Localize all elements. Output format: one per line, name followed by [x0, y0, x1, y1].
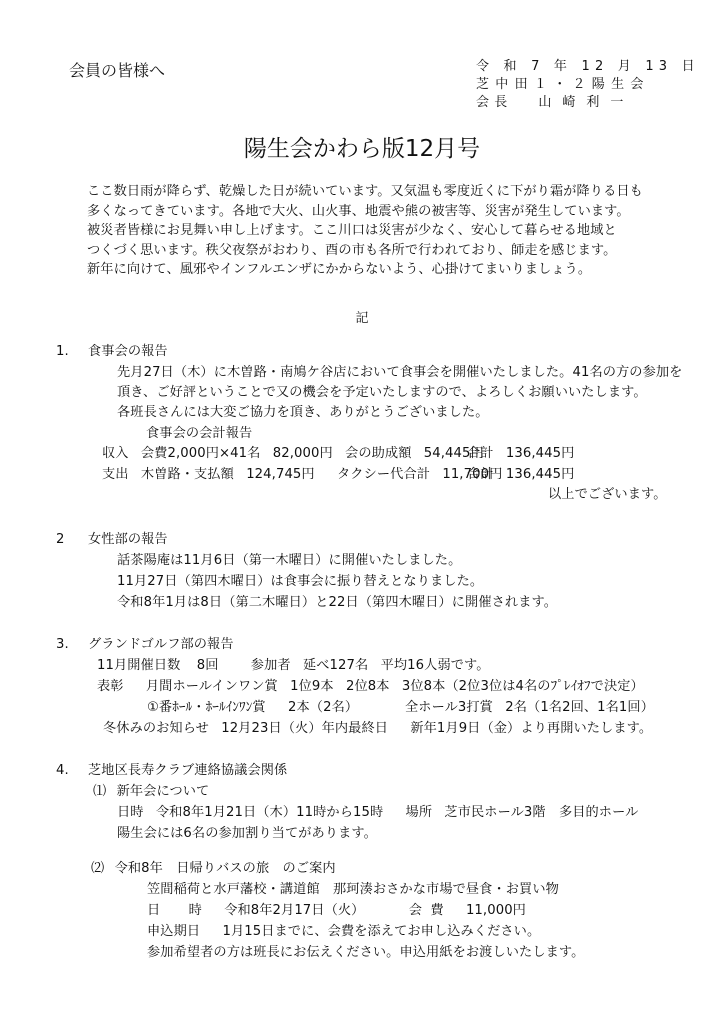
- expense-total-label: 合計: [467, 467, 494, 482]
- intro-line: 多くなってきています。各地で大火、山火事、地震や熊の被害等、災害が発生しています…: [87, 203, 643, 223]
- subsidy-label: 会の助成額: [345, 446, 411, 461]
- golf-stats-row: 11月開催日数 8回 参加者 延べ127名 平均16人弱です。: [97, 657, 490, 675]
- hole1-award-label: ①番ﾎｰﾙ・ﾎｰﾙｲﾝﾜﾝ賞: [147, 700, 266, 715]
- intro-line: ここ数日雨が降らず、乾燥した日が続いています。又気温も零度近くに下がり霜が降りる…: [87, 183, 643, 203]
- bus-fee-value: 11,000円: [466, 903, 526, 918]
- income-label: 収入: [102, 446, 129, 461]
- section-3-heading: グランドゴルフ部の報告: [88, 636, 234, 654]
- newyear-datetime-row: 日時 令和8年1月21日（木）11時から15時 場所 芝市民ホール3階 多目的ホ…: [117, 804, 638, 822]
- expense-row: 支出 木曽路・支払額 124,745円 タクシー代合計 11,700円: [102, 466, 502, 484]
- award-third: 3位8本（2位3位は4名のﾌﾟﾚｲｵﾌで決定）: [402, 679, 644, 694]
- taxi-label: タクシー代合計: [337, 467, 430, 482]
- section-1-line: 頂き、ご好評ということで又の機会を予定いたしますので、よろしくお願いいたします。: [117, 384, 647, 402]
- days-value: 8回: [197, 658, 219, 673]
- award-first: 1位9本: [290, 679, 334, 694]
- bus-trip-route: 笠間稲荷と水戸藩校・講道館 那珂湊おさかな市場で昼食・お買い物: [147, 881, 559, 899]
- restaurant-label: 木曽路・支払額: [141, 467, 234, 482]
- bus-date-label-1: 日: [147, 903, 160, 918]
- subsection-2-number: ⑵: [91, 861, 104, 876]
- section-2-line: 11月27日（第四木曜日）は食事会に振り替えとなりました。: [117, 573, 483, 591]
- all3-award-label: 全ホール3打賞: [405, 700, 493, 715]
- newyear-place-label: 場所: [406, 805, 433, 820]
- average-value: 平均16人弱です。: [381, 658, 490, 673]
- section-1-number: 1.: [56, 343, 69, 361]
- date-part: 12: [581, 59, 608, 74]
- intro-line: つくづく思います。秩父夜祭がおわり、酉の市も各所で行われており、師走を感じます。: [87, 242, 643, 262]
- income-total-value: 136,445円: [506, 446, 575, 461]
- bus-trip-date-row: 日 時 令和8年2月17日（火） 会 費 11,000円: [147, 902, 526, 920]
- section-4-heading: 芝地区長寿クラブ連絡協議会関係: [88, 762, 287, 780]
- president-name: 山崎利一: [538, 95, 634, 110]
- date-part: 13: [645, 59, 672, 74]
- participants-label: 参加者: [251, 658, 291, 673]
- newyear-note: 陽生会には6名の参加割り当てがあります。: [117, 825, 377, 843]
- subsection-1-number: ⑴: [93, 784, 106, 799]
- subsection-1-heading: 新年会について: [117, 784, 210, 799]
- expense-total-value: 136,445円: [506, 467, 575, 482]
- newyear-place-value: 芝市民ホール3階 多目的ホール: [444, 805, 638, 820]
- intro-line: 新年に向けて、風邪やインフルエンザにかからないよう、心掛けてまいりましょう。: [87, 261, 643, 281]
- president-role: 会長: [476, 95, 512, 110]
- date-part: 日: [682, 59, 700, 74]
- intro-line: 被災者皆様にお見舞い申し上げます。ここ川口は災害が少なく、安心して暮らせる地域と: [87, 222, 643, 242]
- bus-fee-label-2: 費: [430, 903, 443, 918]
- income-total-label: 合計: [467, 446, 494, 461]
- awards-label: 表彰: [97, 679, 124, 694]
- bus-deadline-value: 1月15日までに、会費を添えてお申し込みください。: [222, 924, 540, 939]
- restaurant-amount: 124,745円: [246, 467, 315, 482]
- awards-row: 表彰 月間ホールインワン賞 1位9本 2位8本 3位8本（2位3位は4名のﾌﾟﾚ…: [97, 678, 644, 696]
- bus-date-value: 令和8年2月17日（火）: [224, 903, 364, 918]
- section-2-number: 2: [56, 531, 65, 549]
- section-2-line: 話茶陽庵は11月6日（第一木曜日）に開催いたしました。: [117, 552, 461, 570]
- bus-trip-note: 参加希望者の方は班長にお伝えください。申込用紙をお渡しいたします。: [147, 944, 584, 962]
- all3-award-value: 2名（1名2回、1名1回）: [505, 700, 654, 715]
- all3-award-row: 全ホール3打賞 2名（1名2回、1名1回）: [405, 699, 654, 717]
- section-3-number: 3.: [56, 636, 69, 654]
- expense-total: 合計 136,445円: [467, 466, 574, 484]
- expense-label: 支出: [102, 467, 129, 482]
- bus-fee-label-1: 会: [409, 903, 422, 918]
- winter-resume: 新年1月9日（金）より再開いたします。: [410, 721, 652, 736]
- monthly-award-label: 月間ホールインワン賞: [146, 679, 278, 694]
- section-4-number: 4.: [56, 762, 69, 780]
- winter-notice-row: 冬休みのお知らせ 12月23日（火）年内最終日 新年1月9日（金）より再開いたし…: [103, 720, 652, 738]
- accounting-title: 食事会の会計報告: [146, 425, 252, 443]
- section-1-heading: 食事会の報告: [88, 343, 168, 361]
- hole1-award-value: 2本（2名）: [288, 700, 358, 715]
- section-1-line: 各班長さんには大変ご協力を頂き、ありがとうございました。: [117, 404, 489, 422]
- participants-value: 延べ127名: [303, 658, 368, 673]
- date-part: 7: [531, 59, 544, 74]
- accounting-closing: 以上でございます。: [548, 486, 667, 504]
- newsletter-title: 陽生会かわら版12月号: [0, 130, 724, 163]
- bus-deadline-label: 申込期日: [147, 924, 200, 939]
- income-total: 合計 136,445円: [467, 445, 574, 463]
- bus-deadline-row: 申込期日 1月15日までに、会費を添えてお申し込みください。: [147, 923, 540, 941]
- issue-date: 令 和 7 年 12 月 13 日: [476, 59, 700, 75]
- hole1-award-row: ①番ﾎｰﾙ・ﾎｰﾙｲﾝﾜﾝ賞 2本（2名）: [147, 699, 358, 717]
- date-part: 和: [504, 59, 522, 74]
- days-label: 11月開催日数: [97, 658, 180, 673]
- section-1-line: 先月27日（木）に木曽路・南鳩ケ谷店において食事会を開催いたしました。41名の方…: [117, 364, 682, 382]
- income-fee-amount: 82,000円: [273, 446, 333, 461]
- section-2-line: 令和8年1月は8日（第二木曜日）と22日（第四木曜日）に開催されます。: [117, 594, 557, 612]
- subsection-2-title: ⑵ 令和8年 日帰りバスの旅 のご案内: [91, 860, 336, 878]
- president-line: 会長山崎利一: [476, 95, 634, 111]
- subsection-2-heading: 令和8年 日帰りバスの旅 のご案内: [115, 861, 336, 876]
- winter-last-day: 12月23日（火）年内最終日: [221, 721, 388, 736]
- date-part: 令: [476, 59, 494, 74]
- organization-name: 芝中田１・２陽生会: [476, 77, 650, 93]
- ki-marker: 記: [0, 307, 724, 326]
- award-second: 2位8本: [346, 679, 390, 694]
- newyear-datetime-value: 令和8年1月21日（木）11時から15時: [156, 805, 383, 820]
- bus-date-label-2: 時: [189, 903, 202, 918]
- date-part: 年: [554, 59, 572, 74]
- winter-label: 冬休みのお知らせ: [103, 721, 209, 736]
- income-row: 収入 会費2,000円×41名 82,000円 会の助成額 54,445円: [102, 445, 484, 463]
- subsection-1-title: ⑴ 新年会について: [93, 783, 209, 801]
- salutation: 会員の皆様へ: [69, 58, 165, 81]
- newyear-datetime-label: 日時: [117, 805, 144, 820]
- date-part: 月: [618, 59, 636, 74]
- section-2-heading: 女性部の報告: [88, 531, 168, 549]
- income-fee: 会費2,000円×41名: [141, 446, 261, 461]
- intro-paragraph: ここ数日雨が降らず、乾燥した日が続いています。又気温も零度近くに下がり霜が降りる…: [87, 183, 643, 281]
